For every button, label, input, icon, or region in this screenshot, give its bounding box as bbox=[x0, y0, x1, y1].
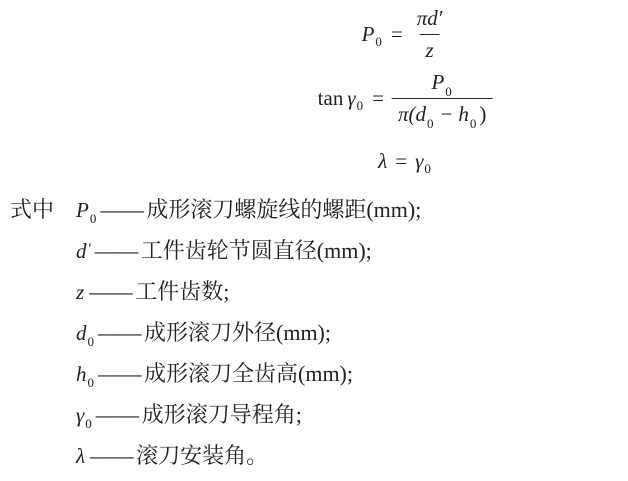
dash: —— bbox=[90, 443, 133, 468]
definition-row: γ0——成形滚刀导程角; bbox=[76, 394, 421, 435]
symbol-base: γ bbox=[76, 403, 84, 427]
equals-sign: = bbox=[395, 149, 407, 174]
formula-setting-angle: λ = γ0 bbox=[378, 149, 432, 174]
symbol-sub: 0 bbox=[88, 334, 95, 349]
formula-lead-angle: tan γ0 = P0 π(d0−h0) bbox=[318, 70, 493, 127]
fraction-numerator: P0 bbox=[425, 70, 458, 98]
dash: —— bbox=[98, 361, 141, 386]
description: 工件齿轮节圆直径(mm); bbox=[141, 238, 372, 263]
definition-row: d′——工件齿轮节圆直径(mm); bbox=[76, 230, 421, 271]
formula-lead-angle-lhs: γ bbox=[347, 86, 355, 111]
formula-setting-angle-lhs: λ bbox=[378, 149, 387, 174]
numerator-sub: 0 bbox=[445, 84, 452, 99]
dash: —— bbox=[95, 238, 138, 263]
symbol-sub: 0 bbox=[90, 211, 97, 226]
symbol-base: d bbox=[76, 321, 87, 345]
definition-row: P0——成形滚刀螺旋线的螺距(mm); bbox=[76, 189, 421, 230]
document-page: P0 = πd′ z tan γ0 = P0 π(d0−h0) λ = γ0 式… bbox=[0, 0, 628, 481]
symbol: γ0 bbox=[76, 403, 92, 427]
description: 成形滚刀全齿高(mm); bbox=[144, 361, 353, 386]
symbol-prime: ′ bbox=[88, 241, 91, 257]
formula-setting-angle-rhs-sub: 0 bbox=[424, 161, 431, 177]
equals-sign: = bbox=[391, 22, 403, 47]
minus-sign: − bbox=[440, 102, 452, 126]
description: 成形滚刀外径(mm); bbox=[144, 320, 331, 345]
symbol: z bbox=[76, 280, 85, 304]
fraction-denominator: π(d0−h0) bbox=[392, 98, 492, 127]
fraction: πd′ z bbox=[411, 6, 449, 63]
definition-row: h0——成形滚刀全齿高(mm); bbox=[76, 353, 421, 394]
symbol-base: h bbox=[76, 362, 87, 386]
description: 滚刀安装角。 bbox=[136, 443, 268, 468]
fraction-numerator: πd′ bbox=[411, 6, 449, 34]
tan-function: tan bbox=[318, 86, 344, 111]
denominator-h-sub: 0 bbox=[470, 116, 477, 131]
denominator-d-sub: 0 bbox=[427, 116, 434, 131]
definition-row: λ——滚刀安装角。 bbox=[76, 435, 421, 476]
definition-list: P0——成形滚刀螺旋线的螺距(mm); d′——工件齿轮节圆直径(mm); z—… bbox=[76, 189, 421, 476]
numerator-var: P bbox=[431, 70, 444, 94]
symbol-base: z bbox=[76, 280, 84, 304]
fraction-denominator: z bbox=[419, 34, 439, 63]
dash: —— bbox=[100, 197, 143, 222]
denominator-close: ) bbox=[479, 102, 486, 126]
where-label: 式中 bbox=[10, 189, 54, 230]
denominator-h: h bbox=[458, 102, 469, 126]
dash: —— bbox=[89, 279, 132, 304]
dash: —— bbox=[98, 320, 141, 345]
formula-lead-angle-lhs-sub: 0 bbox=[357, 98, 364, 114]
symbol: d0 bbox=[76, 321, 94, 345]
description: 工件齿数; bbox=[135, 279, 229, 304]
formula-setting-angle-rhs: γ bbox=[415, 149, 423, 174]
symbol-sub: 0 bbox=[88, 375, 95, 390]
dash: —— bbox=[96, 402, 139, 427]
denominator-open: π( bbox=[398, 102, 416, 126]
symbol: h0 bbox=[76, 362, 94, 386]
symbol: λ bbox=[76, 444, 86, 468]
symbol-base: λ bbox=[76, 444, 85, 468]
symbol-base: d bbox=[76, 239, 87, 263]
symbol-base: P bbox=[76, 198, 89, 222]
denominator-d: d bbox=[415, 102, 426, 126]
formula-pitch: P0 = πd′ z bbox=[362, 6, 449, 63]
description: 成形滚刀螺旋线的螺距(mm); bbox=[146, 197, 421, 222]
fraction: P0 π(d0−h0) bbox=[392, 70, 492, 127]
formula-pitch-lhs-sub: 0 bbox=[375, 34, 382, 50]
definition-row: d0——成形滚刀外径(mm); bbox=[76, 312, 421, 353]
symbol: P0 bbox=[76, 198, 96, 222]
definition-row: z——工件齿数; bbox=[76, 271, 421, 312]
symbol: d′ bbox=[76, 239, 91, 263]
symbol-sub: 0 bbox=[85, 416, 92, 431]
description: 成形滚刀导程角; bbox=[142, 402, 302, 427]
formula-pitch-lhs: P bbox=[362, 22, 375, 47]
equals-sign: = bbox=[372, 86, 384, 111]
